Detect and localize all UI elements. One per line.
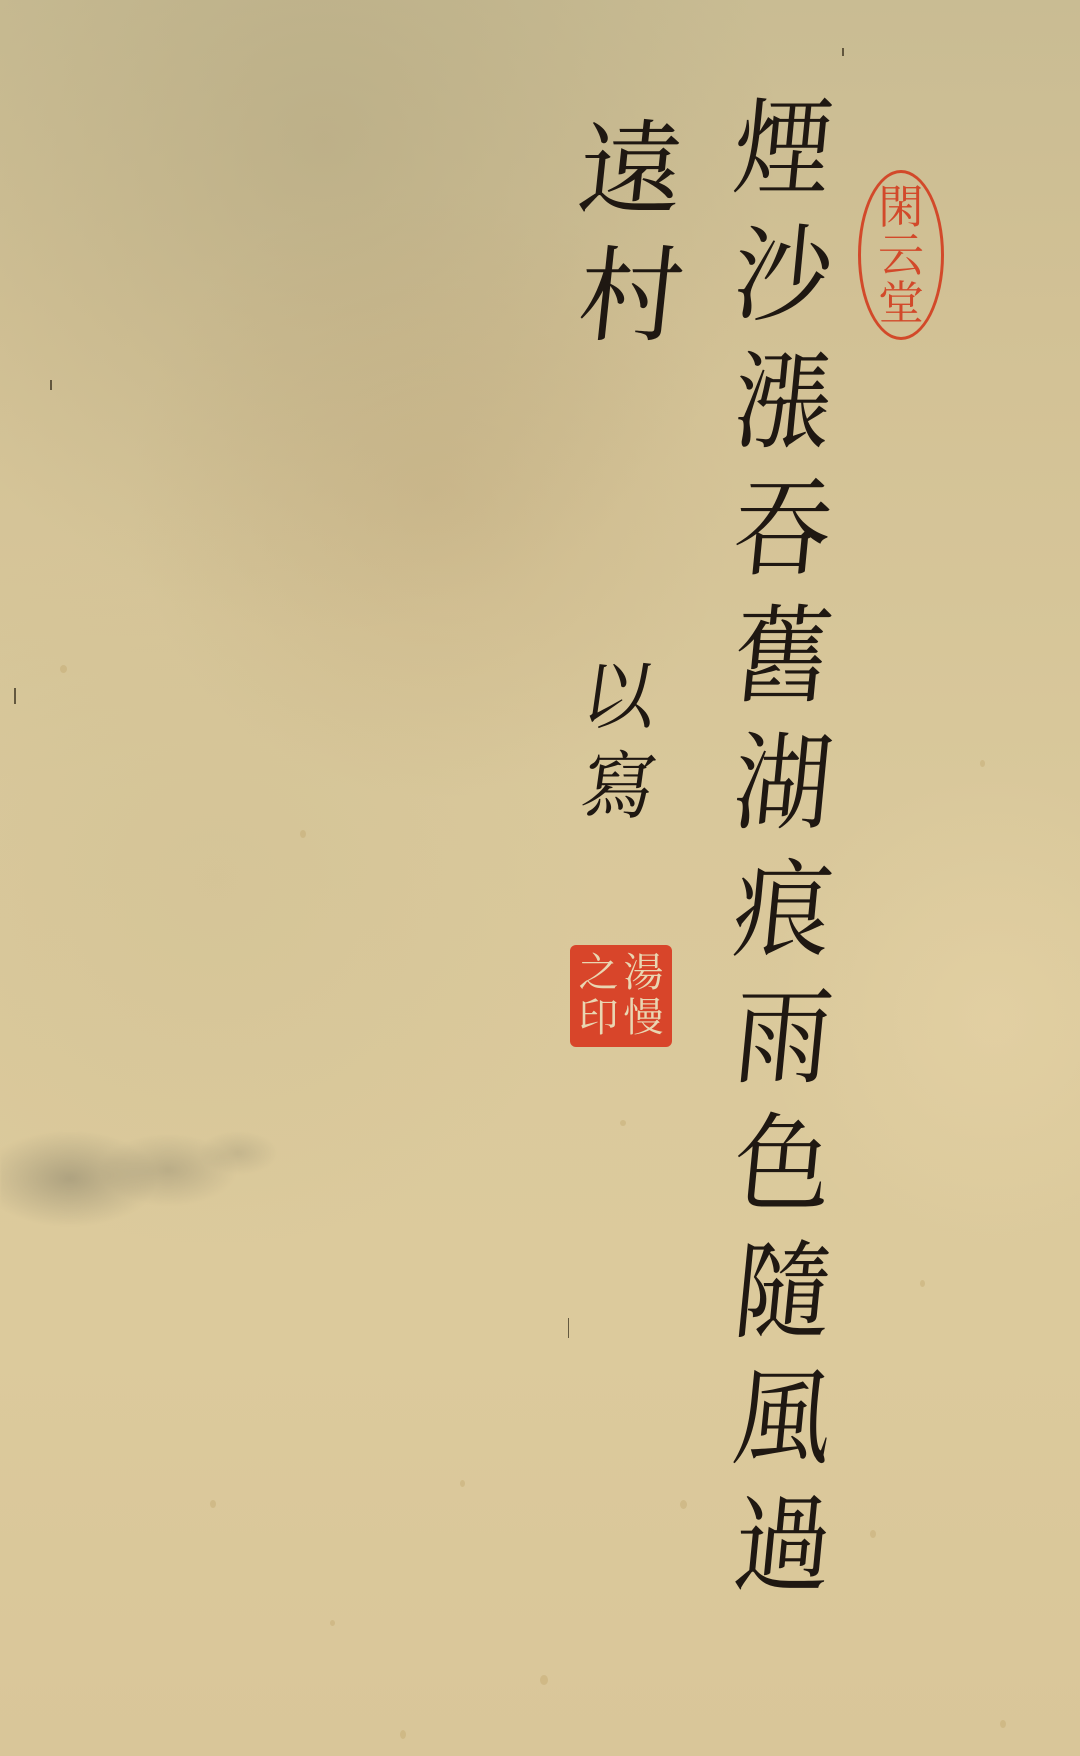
inscription-char: 舊 [727, 604, 837, 731]
inscription-char: 遠 [571, 118, 688, 244]
seal-char: 云 [878, 231, 924, 279]
inscription-char: 過 [727, 1493, 837, 1620]
paper-mark [50, 380, 52, 390]
square-seal: 湯 慢 之 印 [570, 945, 672, 1047]
oval-seal: 閑 云 堂 [858, 170, 944, 340]
inscription-second-column: 遠 村 [575, 118, 685, 370]
seal-char: 湯 [621, 951, 666, 996]
inscription-char: 吞 [727, 477, 837, 604]
inscription-char: 村 [571, 244, 688, 370]
artist-signature: 以 寫 [578, 660, 658, 840]
inscription-main-column: 煙 沙 漲 吞 舊 湖 痕 雨 色 隨 風 過 [722, 96, 842, 1620]
paper-mark [14, 688, 16, 704]
inscription-char: 隨 [727, 1239, 837, 1366]
seal-char: 慢 [621, 996, 666, 1041]
seal-char: 閑 [878, 183, 924, 231]
inscription-char: 色 [727, 1112, 837, 1239]
inscription-char: 沙 [727, 223, 837, 350]
seal-char: 之 [576, 951, 621, 996]
ink-wash-foliage [0, 1085, 280, 1255]
inscription-char: 煙 [727, 96, 837, 223]
paper-mark [568, 1318, 569, 1338]
inscription-char: 漲 [727, 350, 837, 477]
inscription-char: 湖 [727, 731, 837, 858]
inscription-char: 雨 [727, 985, 837, 1112]
seal-char: 印 [576, 996, 621, 1041]
inscription-char: 風 [727, 1366, 837, 1493]
signature-char: 以 [575, 660, 662, 750]
signature-char: 寫 [575, 750, 662, 840]
paper-mark [842, 48, 844, 56]
inscription-char: 痕 [727, 858, 837, 985]
seal-char: 堂 [878, 279, 924, 327]
